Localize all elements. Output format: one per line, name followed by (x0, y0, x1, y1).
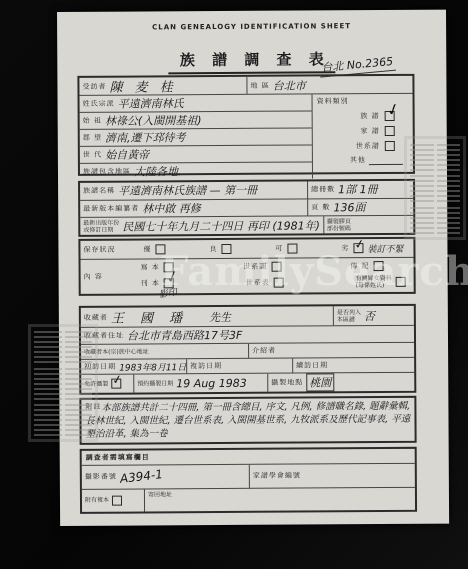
record-type-option-label: 族 譜 (360, 111, 379, 121)
excellent-checkbox (155, 244, 165, 254)
ancestor-label: 始 祖 (83, 116, 102, 126)
women-data-label-stack: 有關婦女資料 (母係姓氏) (356, 275, 392, 289)
publication-value: 民國七十年九月二十四日 再印 (1981年) (122, 217, 320, 234)
area-cell: 地 區 台北市 (247, 76, 412, 94)
pedigree-table-checkbox (274, 278, 284, 288)
publication-cell: 最新出版年份 或修訂日期 民國七十年九月二十四日 再印 (1981年) (80, 217, 323, 235)
content-option-printed: 刊 本 ✓ 影印 (141, 278, 174, 288)
record-type-option-zupu: 族 譜 ✓ (317, 111, 409, 122)
publication-label-stack: 最新出版年份 或修訂日期 (83, 219, 119, 233)
good-checkbox (221, 244, 231, 254)
interviewee-row: 受訪者 陳 麦 桂 地 區 台北市 (79, 76, 412, 95)
owner-suffix: 先生 (209, 308, 231, 324)
option-label: 可 (275, 244, 283, 254)
interviewee-label: 受訪者 (82, 81, 106, 91)
area-value: 台北市 (273, 77, 306, 93)
filming-place-label: 攝製地點 (271, 378, 303, 388)
record-type-other-label: 其他 (350, 155, 366, 165)
film-number-cell: 攝影番號 A394-1 (82, 465, 249, 489)
option-label: 世系圖 (243, 262, 267, 272)
condition-row: 保存狀況 優 良 可 劣 (80, 239, 413, 259)
office-table: 調查者需填寫欄目 攝影番號 A394-1 家譜學會編號 附有複本 (80, 447, 417, 514)
option-label: 良 (209, 244, 217, 254)
junwang-label: 郡 望 (83, 133, 102, 143)
return-address-label: 寄回地址 (148, 491, 172, 498)
owner-row: 收藏者 王 國 璠 先生 是否列入 本區譜 否 (81, 306, 414, 327)
option-label: 優 (143, 244, 151, 254)
compiler-cell: 最新版本編纂者 林中啟 再修 (80, 199, 307, 217)
record-type-option-label: 家 譜 (360, 126, 379, 136)
copy-checkbox (112, 495, 122, 505)
owner-cell: 收藏者 王 國 璠 先生 (81, 306, 333, 327)
appointment-label: 預約攝製日期 (137, 380, 173, 387)
followup-visit-label: 續訪日期 (296, 360, 328, 370)
ancestor-row: 始 祖 林祿公(入閩開基祖) (80, 110, 312, 128)
pages-value: 136面 (333, 199, 365, 215)
record-type-option-label: 世系譜 (356, 141, 380, 151)
interviewee-cell: 受訪者 陳 麦 桂 (79, 77, 246, 95)
identity-lower: 姓氏宗派 平遠濟南林氏 始 祖 林祿公(入閩開基祖) 郡 望 濟南, (80, 93, 414, 180)
branch-label: 姓氏宗派 (83, 99, 115, 109)
permit-checkbox: ✓ (111, 379, 121, 389)
record-type-option-shixipu: 世系譜 (317, 141, 409, 152)
first-visit-value: 1983年8月11日 (119, 360, 186, 373)
appointment-cell: 預約攝製日期 19 Aug 1983 (134, 374, 267, 393)
form-page: CLAN GENEALOGY IDENTIFICATION SHEET 族 譜 … (57, 10, 449, 526)
fair-checkbox (287, 244, 297, 254)
remarks-box: 附註 本部族譜共計二十四冊, 第一冊含總目, 序文, 凡例, 修譜職名錄, 題辭… (79, 396, 416, 445)
generations-row: 世 代 始自黃帝 (80, 144, 312, 162)
copy-cell: 附有複本 (82, 489, 144, 512)
followup-visit-cell: 續訪日期 (293, 358, 414, 373)
generations-label: 世 代 (83, 150, 102, 160)
content-option-pedigree-chart: 世系圖 (243, 262, 281, 272)
shixipu-checkbox (385, 141, 395, 151)
listed-cell: 是否列入 本區譜 否 (334, 306, 414, 325)
society-number-cell: 家譜學會編號 (250, 464, 415, 488)
listed-value: 否 (364, 308, 375, 324)
address-label: 收藏者住址 (84, 331, 124, 341)
owner-label: 收藏者 (84, 312, 108, 322)
copy-row: 附有複本 寄回地址 (82, 486, 415, 512)
filming-place-value: 桃園 (306, 373, 334, 391)
remarks-text: 本部族譜共計二十四冊, 第一冊含總目, 序文, 凡例, 修譜職名錄, 題辭彙輯,… (85, 401, 410, 440)
compiler-label: 最新版本編纂者 (83, 204, 139, 214)
biography-checkbox (374, 261, 384, 271)
identity-table: 受訪者 陳 麦 桂 地 區 台北市 姓氏宗派 平遠濟南林氏 (77, 74, 415, 176)
form-title-text: 族 譜 調 查 表 (168, 48, 336, 74)
introducer-label: 介紹者 (252, 346, 276, 356)
condition-option-excellent: 優 (143, 244, 165, 254)
copy-label: 附有複本 (85, 497, 109, 504)
content-line-2: 刊 本 ✓ 影印 世系表 有關婦女資料 (母係姓氏) (141, 275, 414, 291)
jiapu-checkbox (385, 126, 395, 136)
generations-cell: 世 代 始自黃帝 (80, 146, 152, 162)
junwang-row: 郡 望 濟南,遷下邳待考 (80, 127, 312, 145)
other-blank-line (369, 156, 403, 165)
condition-options: 優 良 可 劣 ✓ 裝訂不緊 (140, 239, 413, 259)
book-name-value: 平遠濟南林氏族譜 — 第一冊 (118, 182, 257, 199)
permit-label: 允許攝製 (84, 380, 108, 387)
publication-label-line2: 或修訂日期 (83, 226, 119, 233)
condition-option-poor: 劣 ✓ 裝訂不緊 (341, 241, 403, 254)
branch-cell: 姓氏宗派 平遠濟南林氏 (80, 95, 187, 112)
first-visit-cell: 初訪日期 1983年8月11日 (81, 359, 186, 374)
publication-row: 最新出版年份 或修訂日期 民國七十年九月二十四日 再印 (1981年) 攝製膠頁… (80, 215, 413, 235)
owner-table: 收藏者 王 國 璠 先生 是否列入 本區譜 否 收藏者住址 台北市青島西路17号… (79, 304, 417, 395)
clan-center-label: 收藏者本(宗)族中心地址 (84, 348, 149, 355)
pages-cell: 頁 數 136面 (308, 198, 413, 215)
coverage-value: 大陸各地. (134, 163, 182, 179)
generations-value: 始自黃帝 (105, 146, 149, 162)
option-label: 寫 本 (141, 262, 160, 272)
branch-value: 平遠濟南林氏 (118, 95, 184, 111)
book-name-label: 族譜名稱 (83, 186, 115, 196)
option-label: 傳 記 (350, 261, 369, 271)
introducer-cell: 介紹者 (249, 343, 414, 358)
condition-note: 裝訂不緊 (367, 241, 403, 254)
society-number-label: 家譜學會編號 (253, 471, 301, 481)
compiler-row: 最新版本編纂者 林中啟 再修 頁 數 136面 (80, 197, 413, 217)
compiler-value: 林中啟 再修 (142, 200, 201, 216)
content-option-biography: 傳 記 (350, 261, 383, 271)
content-label: 內 容 (84, 272, 103, 282)
book-name-cell: 族譜名稱 平遠濟南林氏族譜 — 第一冊 (80, 181, 307, 199)
pedigree-chart-checkbox (271, 262, 281, 272)
junwang-value: 濟南,遷下邳待考 (105, 129, 186, 145)
film-number-row: 攝影番號 A394-1 家譜學會編號 (82, 464, 415, 489)
women-data-checkbox (396, 277, 406, 287)
first-visit-label: 初訪日期 (84, 362, 116, 372)
poor-checkbox: ✓ (353, 243, 363, 253)
content-option-women-data: 有關婦女資料 (母係姓氏) (356, 275, 406, 289)
book-name-row: 族譜名稱 平遠濟南林氏族譜 — 第一冊 總冊數 1部 1冊 (80, 181, 413, 200)
content-row: 內 容 寫 本 世系圖 傳 記 (81, 257, 414, 294)
option-label: 世系表 (246, 278, 270, 288)
filming-place-cell: 攝製地點 桃園 (268, 373, 414, 392)
printed-note: 影印 (158, 285, 178, 300)
content-option-pedigree-table: 世系表 (246, 278, 284, 288)
appointment-value: 19 Aug 1983 (176, 376, 247, 389)
permit-cell: 允許攝製 ✓ (81, 375, 133, 393)
condition-label: 保存狀況 (83, 245, 115, 255)
content-options: 寫 本 世系圖 傳 記 刊 (141, 258, 414, 294)
film-pages-cell: 攝製膠頁 部份號碼 (324, 216, 429, 233)
record-type-option-jiapu: 家 譜 (317, 126, 409, 137)
ancestor-cell: 始 祖 林祿公(入閩開基祖) (80, 112, 205, 129)
film-label-stack: 攝製膠頁 部份號碼 (327, 218, 351, 232)
coverage-label: 族譜包含地區 (83, 167, 131, 177)
interviewee-value: 陳 麦 桂 (109, 76, 176, 95)
pages-label: 頁 數 (311, 202, 330, 212)
filming-row: 允許攝製 ✓ 預約攝製日期 19 Aug 1983 攝製地點 桃園 (81, 372, 414, 393)
clan-center-cell: 收藏者本(宗)族中心地址 (81, 344, 248, 359)
condition-option-good: 良 (209, 244, 231, 254)
junwang-cell: 郡 望 濟南,遷下邳待考 (80, 129, 189, 146)
scanned-sheet-background: + CLAN GENEALOGY IDENTIFICATION SHEET 族 … (0, 0, 468, 569)
address-row: 收藏者住址 台北市青島西路17号3F (81, 325, 414, 344)
second-visit-label: 複訪日期 (190, 361, 222, 371)
listed-label-line2: 本區譜 (337, 316, 361, 323)
women-data-label-line2: (母係姓氏) (356, 282, 385, 289)
condition-option-fair: 可 (275, 244, 297, 254)
content-line-1: 寫 本 世系圖 傳 記 (141, 261, 414, 273)
book-table: 族譜名稱 平遠濟南林氏族譜 — 第一冊 總冊數 1部 1冊 最新版本編纂者 林中… (78, 179, 415, 237)
sheet-header: CLAN GENEALOGY IDENTIFICATION SHEET (57, 22, 446, 32)
checkmark: ✓ (353, 236, 365, 252)
second-visit-cell: 複訪日期 (187, 359, 292, 374)
content-label-cell: 內 容 (81, 259, 141, 293)
remarks-label: 附註 (85, 403, 101, 411)
volumes-label: 總冊數 (311, 185, 335, 195)
owner-name: 王 國 璠 (111, 307, 188, 326)
return-address-cell: 寄回地址 (145, 487, 415, 511)
branch-row: 姓氏宗派 平遠濟南林氏 (80, 94, 312, 111)
condition-table: 保存狀況 優 良 可 劣 (78, 237, 415, 296)
zupu-checkbox: ✓ (385, 111, 395, 121)
condition-label-cell: 保存狀況 (80, 240, 140, 258)
coverage-row: 族譜包含地區 大陸各地. (80, 161, 312, 179)
film-number-value: A394-1 (119, 467, 163, 486)
identity-left-column: 姓氏宗派 平遠濟南林氏 始 祖 林祿公(入閩開基祖) 郡 望 濟南, (80, 94, 313, 179)
volumes-cell: 總冊數 1部 1冊 (308, 181, 413, 198)
permit-checkmark: ✓ (111, 372, 123, 388)
coverage-cell: 族譜包含地區 大陸各地. (80, 163, 185, 180)
film-label-line2: 部份號碼 (327, 225, 351, 232)
record-type-other: 其他 (317, 155, 409, 166)
listed-label-stack: 是否列入 本區譜 (337, 309, 361, 323)
record-type-box: 資料類別 族 譜 ✓ 家 譜 世系譜 (312, 94, 414, 179)
film-number-label: 攝影番號 (85, 472, 117, 482)
ancestor-value: 林祿公(入閩開基祖) (105, 112, 202, 129)
option-label: 劣 (341, 243, 349, 253)
address-value: 台北市青島西路17号3F (127, 327, 242, 344)
area-label: 地 區 (250, 80, 269, 90)
office-header: 調查者需填寫欄目 (86, 452, 150, 462)
volumes-value: 1部 1冊 (338, 181, 378, 197)
